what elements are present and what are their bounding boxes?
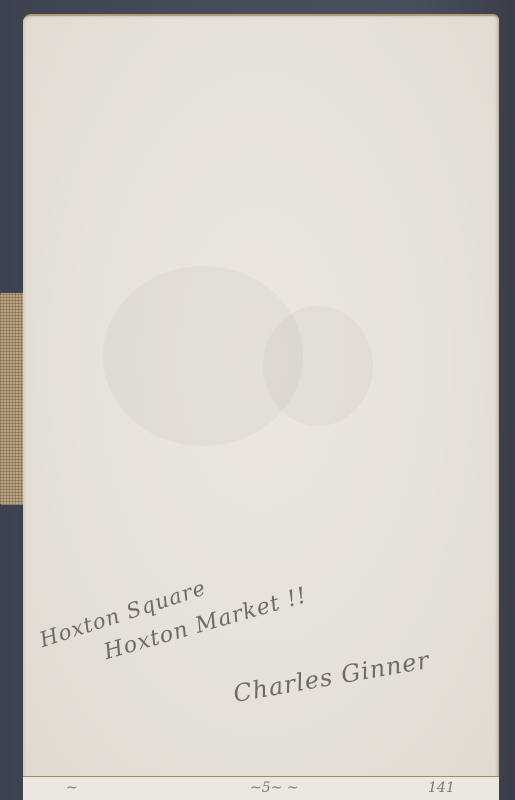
cloth-binding-strip bbox=[0, 293, 24, 505]
next-page-mark: ~5~ ~ bbox=[250, 780, 299, 796]
next-page-mark: ~ bbox=[66, 780, 78, 796]
next-page-number: 141 bbox=[428, 780, 455, 796]
faint-pencil-smudge bbox=[263, 306, 373, 426]
